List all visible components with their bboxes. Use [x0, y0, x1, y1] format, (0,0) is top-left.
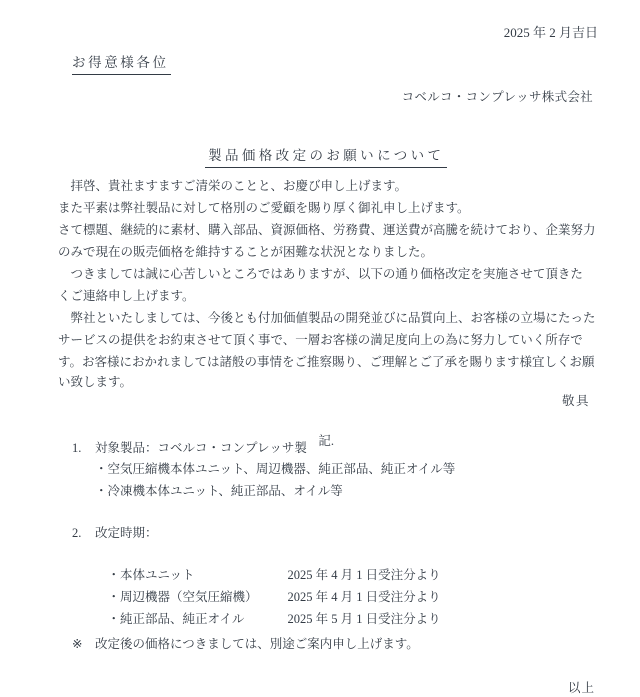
section1-heading: 対象製品：コベルコ・コンプレッサ製	[95, 440, 307, 457]
body-line: サービスの提供をお約束させて頂く事で、一層お客様の満足度向上の為に努力していく所…	[58, 332, 583, 349]
document-title-row: 製品価格改定のお願いについて	[0, 130, 640, 185]
record-marker: 記.	[318, 434, 334, 448]
body-line: また平素は弊社製品に対して格別のご愛顧を賜り厚く御礼申し上げます。	[58, 200, 470, 217]
body-line: い致します。	[58, 374, 132, 391]
body-line: さて標題、継続的に素材、購入部品、資源価格、労務費、運送費が高騰を続けており、企…	[58, 222, 596, 239]
body-line: 拝啓、貴社ますますご清栄のことと、お慶び申し上げます。	[58, 178, 407, 195]
schedule-effective-date: 2025 年 5 月 1 日受注分より	[288, 612, 441, 626]
document-title: 製品価格改定のお願いについて	[205, 147, 447, 168]
section2-heading: 改定時期：	[95, 525, 158, 542]
note-text: 改定後の価格につきましては、別途ご案内申し上げます。	[95, 636, 419, 653]
end-marker-ijou: 以上	[568, 680, 595, 697]
schedule-item-label: ・純正部品、純正オイル	[108, 611, 288, 628]
letter-page: 2025 年 2 月吉日 お得意様各位 コベルコ・コンプレッサ株式会社 製品価格…	[0, 0, 640, 697]
section1-item: ・冷凍機本体ユニット、純正部品、オイル等	[95, 483, 343, 500]
letter-date: 2025 年 2 月吉日	[504, 24, 598, 41]
body-line: のみで現在の販売価格を維持することが困難な状況となりました。	[58, 244, 433, 261]
sender-company-name: コベルコ・コンプレッサ株式会社	[402, 89, 593, 106]
body-line: つきましては誠に心苦しいところではありますが、以下の通り価格改定を実施させて頂き…	[58, 266, 583, 283]
closing-keigu: 敬具	[562, 393, 590, 410]
body-line: す。お客様におかれましては諸般の事情をご推察賜り、ご理解とご了承を賜ります様宜し…	[58, 354, 595, 371]
body-line: くご連絡申し上げます。	[58, 288, 195, 305]
body-line: 弊社といたしましては、今後とも付加価値製品の開発並びに品質向上、お客様の立場にた…	[58, 310, 596, 327]
recipient-salutation: お得意様各位	[72, 54, 171, 75]
section2-number: 2.	[72, 525, 81, 542]
section1-number: 1.	[72, 440, 81, 457]
section1-item: ・空気圧縮機本体ユニット、周辺機器、純正部品、純正オイル等	[95, 461, 455, 478]
note-marker: ※	[72, 636, 82, 653]
